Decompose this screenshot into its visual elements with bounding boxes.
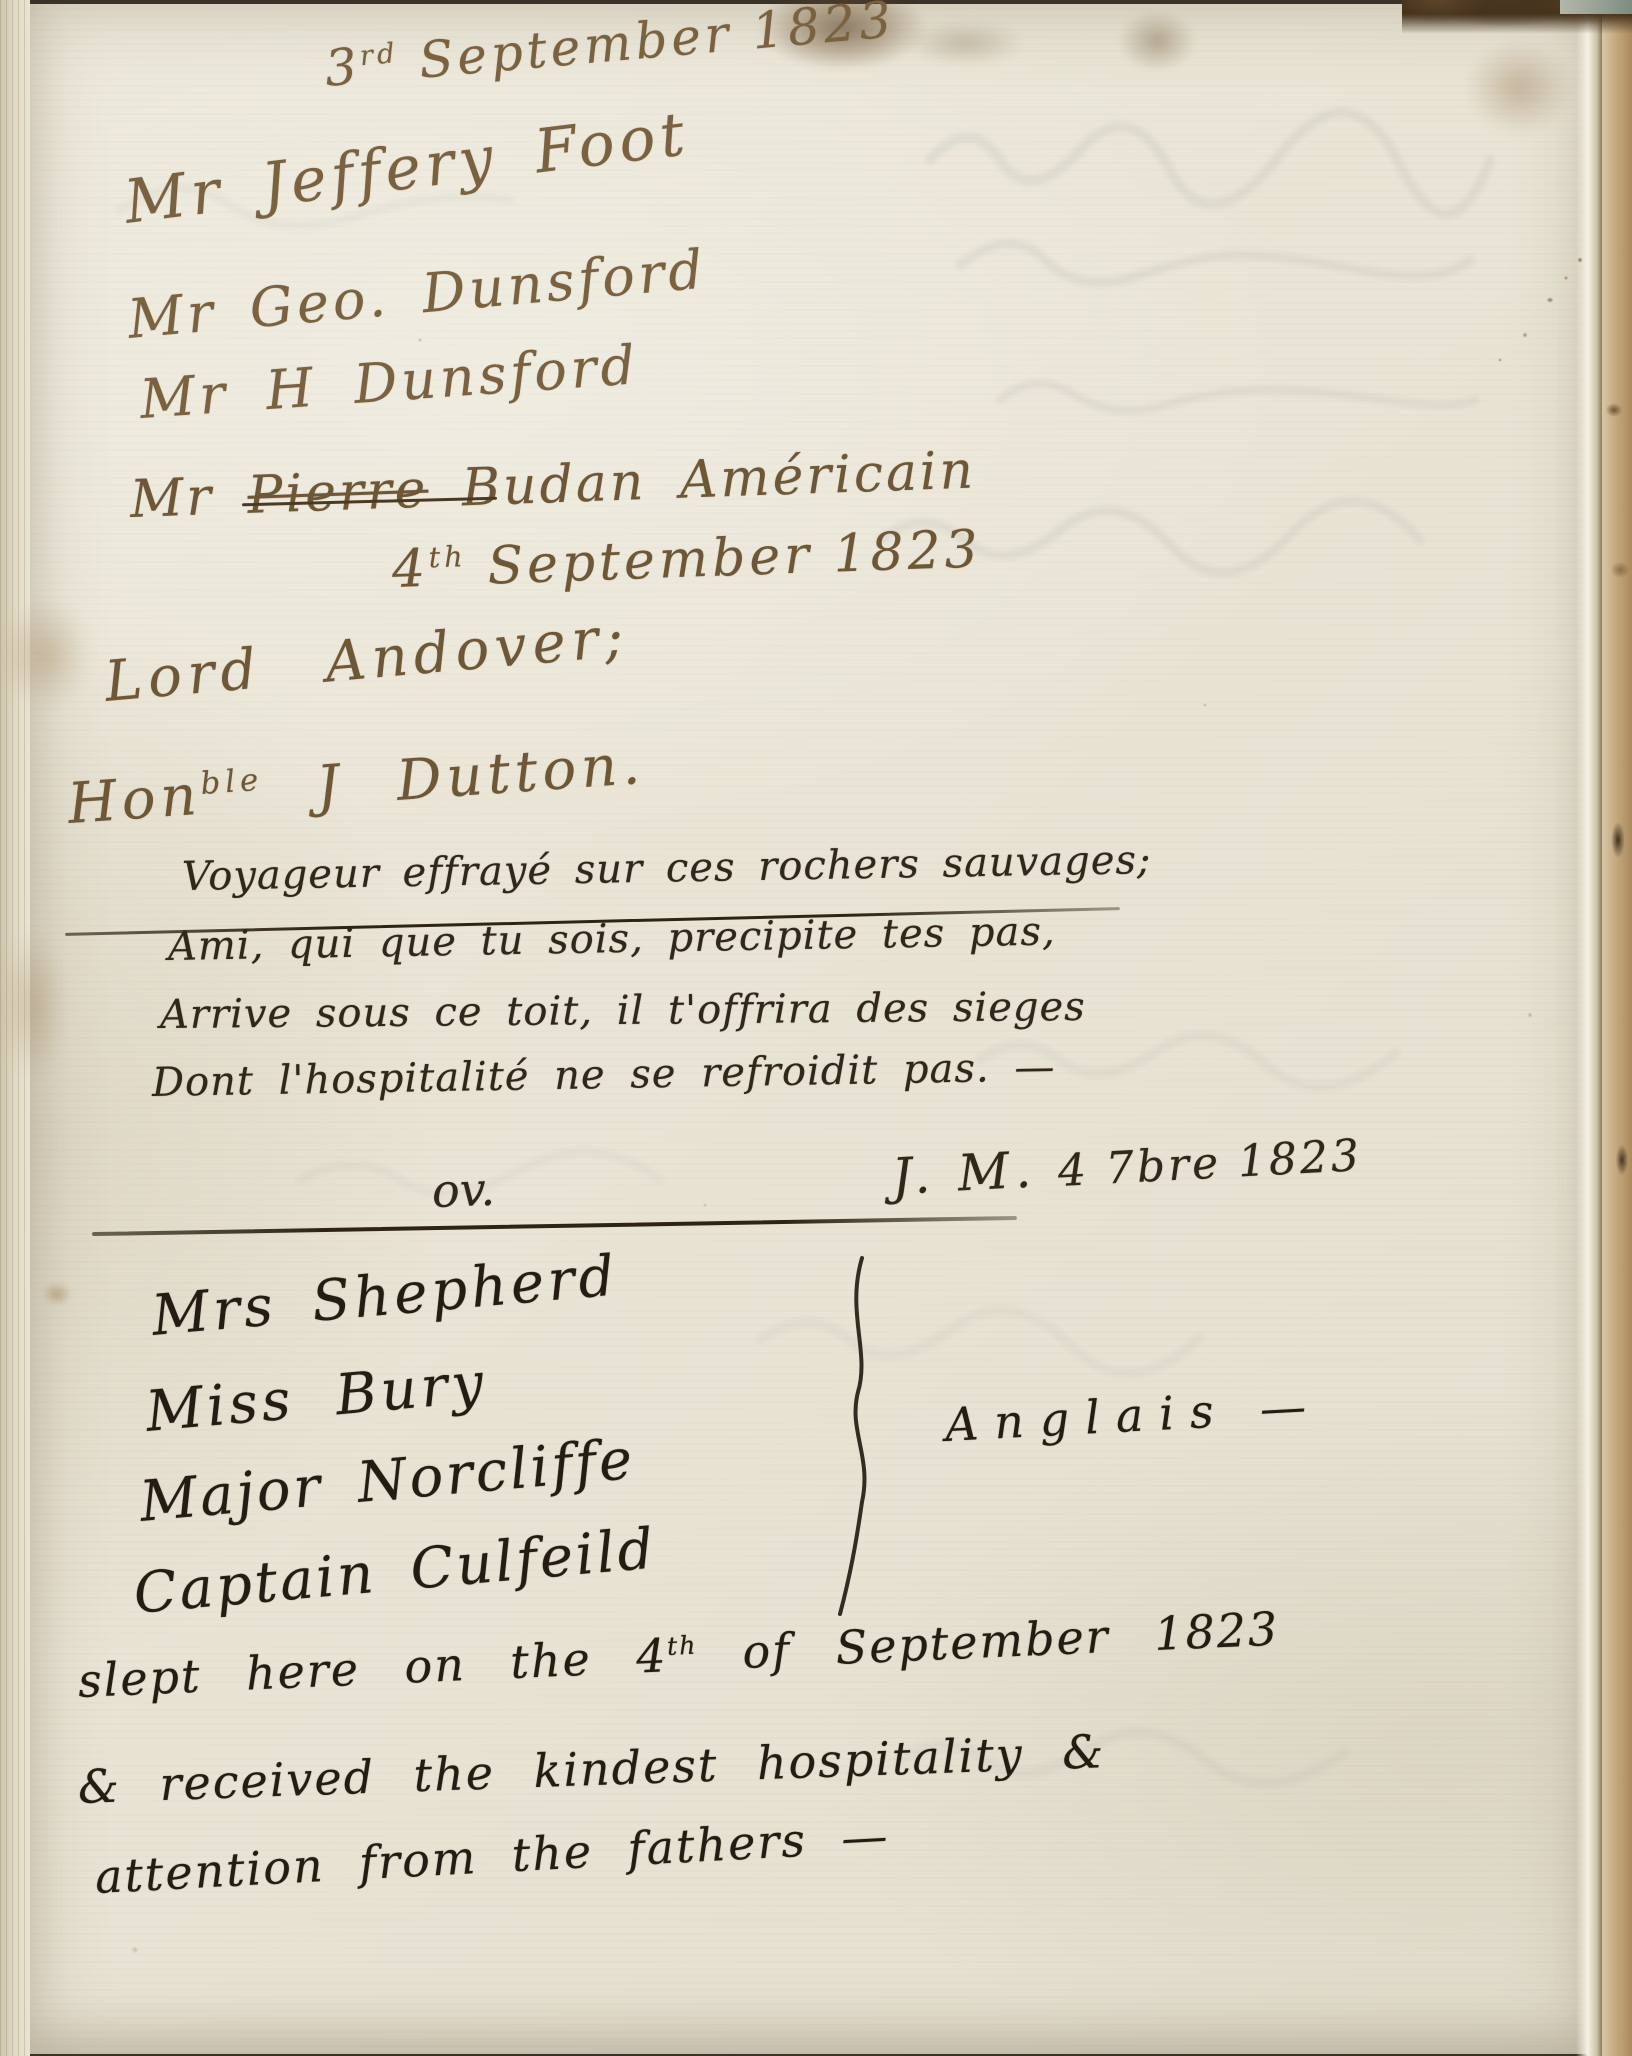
- date-second-day: 4: [391, 539, 430, 600]
- date-heading-ordinal: rd: [358, 37, 399, 72]
- date-heading-day: 3: [322, 37, 363, 98]
- note-line1-sup: th: [666, 1631, 698, 1661]
- dutton-honorific: Hon: [66, 763, 204, 837]
- pierre-struck-name: Pierre: [247, 460, 430, 526]
- manuscript-photo: 3rd September 1823 Mr Jeffery Foot Mr Ge…: [0, 0, 1632, 2056]
- date-second-ordinal: th: [428, 539, 467, 574]
- verse-mark: ov.: [431, 1162, 496, 1218]
- dutton-honorific-sup: ble: [199, 762, 264, 802]
- verse-line-3: Arrive sous ce toit, il t'offrira des si…: [160, 984, 1086, 1038]
- pierre-title: Mr: [129, 466, 249, 530]
- group-brace: [810, 1252, 900, 1622]
- verse-signature: J. M.: [890, 1140, 1038, 1206]
